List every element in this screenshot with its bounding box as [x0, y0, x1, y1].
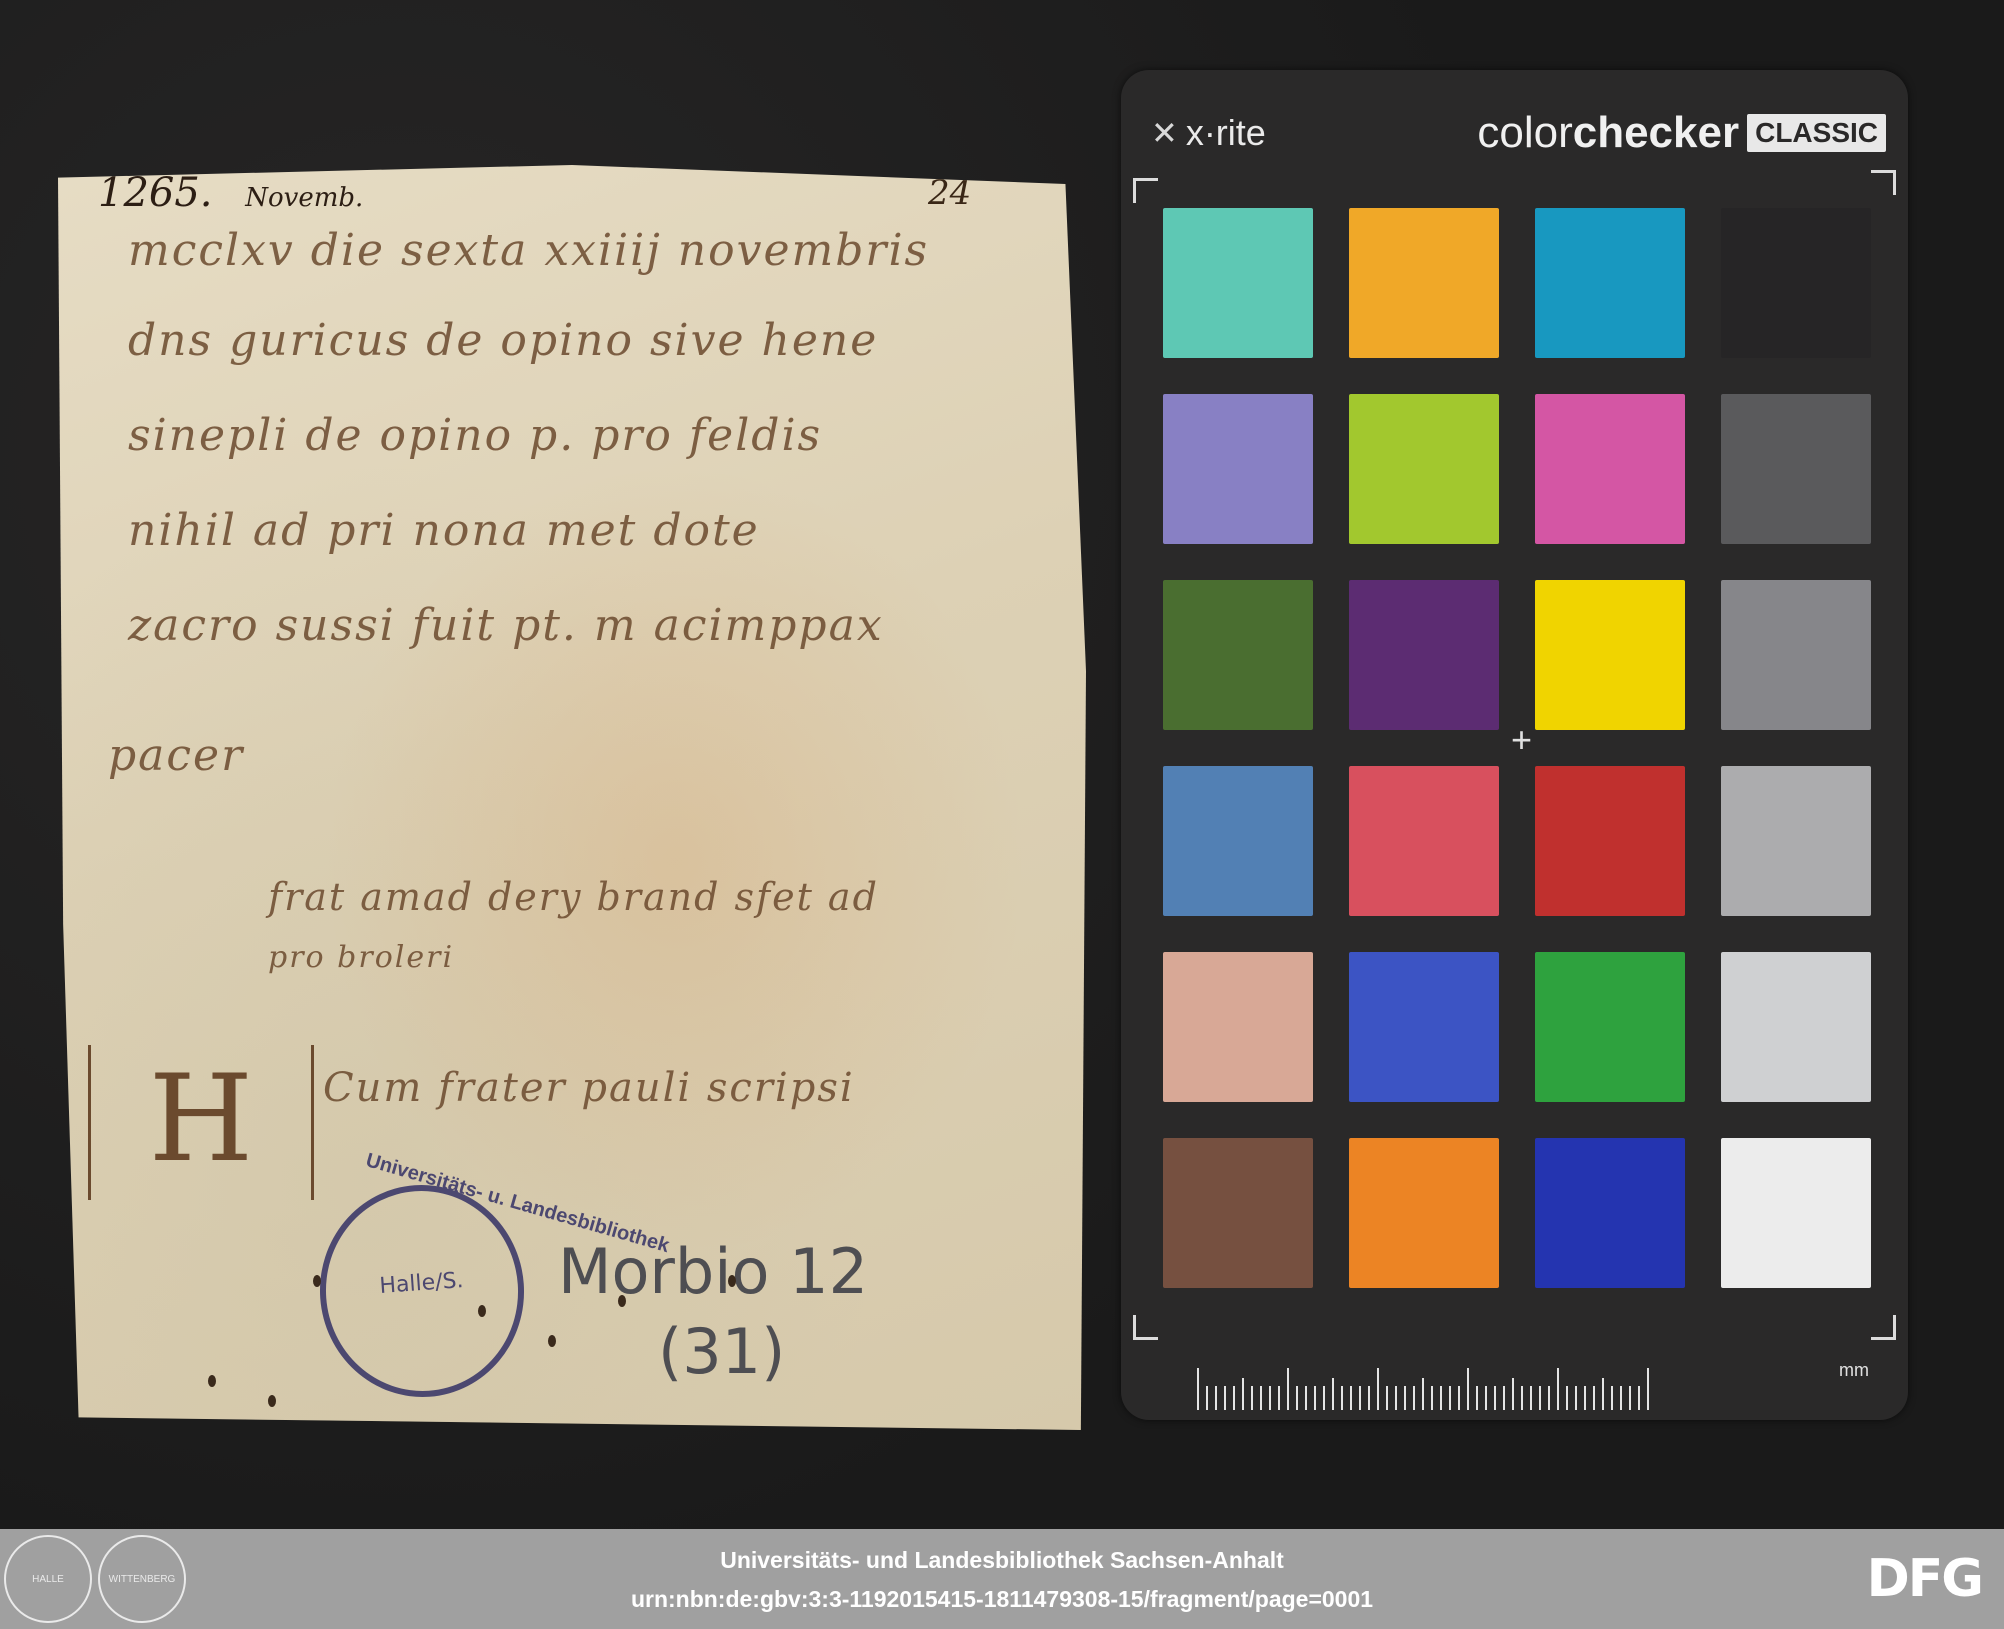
colorchecker-title: color checker CLASSIC — [1477, 108, 1886, 158]
ruler-tick — [1350, 1386, 1352, 1410]
ruler-tick — [1503, 1386, 1505, 1410]
color-patch-neutral-5 — [1721, 580, 1871, 730]
color-patch-white — [1721, 1138, 1871, 1288]
script-line: dns guricus de opino sive hene — [128, 315, 878, 366]
ruler-tick — [1575, 1386, 1577, 1410]
ruler-tick — [1584, 1386, 1586, 1410]
xrite-brand: x·rite — [1186, 112, 1266, 154]
color-patch-bluish-green — [1163, 208, 1313, 358]
ruler-tick — [1512, 1378, 1514, 1410]
ruler-tick — [1530, 1386, 1532, 1410]
xrite-logo: ✕ x·rite — [1151, 112, 1266, 154]
ruler-tick — [1485, 1386, 1487, 1410]
urn-link[interactable]: urn:nbn:de:gbv:3:3-1192015415-1811479308… — [0, 1586, 2004, 1613]
ruler-tick — [1233, 1386, 1235, 1410]
ruler-tick — [1341, 1386, 1343, 1410]
ruler-tick — [1476, 1386, 1478, 1410]
color-patch-moderate-red — [1349, 766, 1499, 916]
folio-number: 24 — [928, 173, 971, 213]
color-patch-black — [1721, 208, 1871, 358]
dfg-logo: DFG — [1867, 1549, 1982, 1609]
ruler-tick — [1629, 1386, 1631, 1410]
ruler-tick — [1215, 1386, 1217, 1410]
color-patch-red — [1535, 766, 1685, 916]
shelfmark-line-2: (31) — [658, 1315, 785, 1388]
seal-text: WITTENBERG — [109, 1574, 176, 1585]
month-label: Novemb. — [245, 183, 363, 213]
color-patch-orange-yellow — [1349, 208, 1499, 358]
ruler-tick — [1521, 1386, 1523, 1410]
corner-mark-icon — [1871, 1315, 1896, 1340]
color-patch-foliage — [1163, 580, 1313, 730]
date-annotation: 1265. Novemb. — [98, 170, 363, 216]
ruler-tick — [1296, 1386, 1298, 1410]
script-line: mcclxv die sexta xxiiij novembris — [128, 225, 929, 276]
color-patch-neutral-8 — [1721, 952, 1871, 1102]
ruler-tick — [1269, 1386, 1271, 1410]
ruler-tick — [1251, 1386, 1253, 1410]
script-line: pacer — [108, 730, 244, 781]
color-patch-orange — [1349, 1138, 1499, 1288]
pinhole — [618, 1295, 626, 1307]
ruler-tick — [1197, 1368, 1199, 1410]
ruler-tick — [1305, 1386, 1307, 1410]
ruler-tick — [1332, 1378, 1334, 1410]
stamp-center-text: Halle/S. — [325, 1264, 518, 1302]
decorated-initial: H — [88, 1045, 314, 1200]
color-patch-blue-flower — [1163, 394, 1313, 544]
color-patch-cyan — [1535, 208, 1685, 358]
footer-banner: HALLE WITTENBERG Universitäts- und Lande… — [0, 1529, 2004, 1629]
color-patch-neutral-3-5 — [1721, 394, 1871, 544]
ruler-tick — [1449, 1386, 1451, 1410]
script-line: Cum frater pauli scripsi — [323, 1065, 855, 1111]
color-patch-yellow-green — [1349, 394, 1499, 544]
ruler-tick — [1458, 1386, 1460, 1410]
crosshair-icon: + — [1511, 722, 1532, 758]
script-line: sinepli de opino p. pro feldis — [128, 410, 822, 461]
ruler-tick — [1386, 1386, 1388, 1410]
ruler-tick — [1314, 1386, 1316, 1410]
ruler-tick — [1557, 1368, 1559, 1410]
script-line: frat amad dery brand sfet ad — [268, 875, 879, 919]
pinhole — [208, 1375, 216, 1387]
ruler-tick — [1242, 1378, 1244, 1410]
year-label: 1265. — [98, 170, 213, 216]
ruler-tick — [1395, 1386, 1397, 1410]
pinhole — [548, 1335, 556, 1347]
corner-mark-icon — [1133, 178, 1158, 203]
ruler-tick — [1323, 1386, 1325, 1410]
title-light: color — [1477, 108, 1572, 158]
pinhole — [313, 1275, 321, 1287]
ruler-tick — [1440, 1386, 1442, 1410]
corner-mark-icon — [1871, 170, 1896, 195]
color-patch-yellow — [1535, 580, 1685, 730]
colorchecker-card: ✕ x·rite color checker CLASSIC + mm — [1121, 70, 1908, 1420]
ruler-tick — [1377, 1368, 1379, 1410]
ruler-tick — [1278, 1386, 1280, 1410]
library-stamp: Universitäts- u. Landesbibliothek Halle/… — [313, 1178, 531, 1404]
color-patch-light-skin — [1163, 952, 1313, 1102]
ruler-tick — [1566, 1386, 1568, 1410]
ruler-tick — [1404, 1386, 1406, 1410]
color-patch-blue — [1349, 952, 1499, 1102]
color-patch-magenta — [1535, 394, 1685, 544]
xrite-mark-icon: ✕ — [1151, 114, 1178, 152]
ruler-tick — [1620, 1386, 1622, 1410]
color-patch-blue-dark — [1535, 1138, 1685, 1288]
ruler-tick — [1638, 1386, 1640, 1410]
mm-ruler — [1197, 1368, 1802, 1410]
pinhole — [268, 1395, 276, 1407]
title-bold: checker — [1573, 108, 1739, 158]
parchment-fragment: 1265. Novemb. 24 mcclxv die sexta xxiiij… — [58, 165, 1086, 1430]
ruler-tick — [1467, 1368, 1469, 1410]
ruler-unit: mm — [1839, 1360, 1869, 1381]
ruler-tick — [1287, 1368, 1289, 1410]
color-patch-dark-skin — [1163, 1138, 1313, 1288]
corner-mark-icon — [1133, 1315, 1158, 1340]
shelfmark-line-1: Morbio 12 — [558, 1235, 868, 1308]
ruler-tick — [1548, 1386, 1550, 1410]
ruler-tick — [1611, 1386, 1613, 1410]
ruler-tick — [1206, 1386, 1208, 1410]
ruler-tick — [1413, 1386, 1415, 1410]
color-patch-blue-sky — [1163, 766, 1313, 916]
classic-badge: CLASSIC — [1747, 114, 1886, 152]
ruler-tick — [1593, 1386, 1595, 1410]
ruler-tick — [1431, 1386, 1433, 1410]
ruler-tick — [1539, 1386, 1541, 1410]
pinhole — [478, 1305, 486, 1317]
color-patch-purple — [1349, 580, 1499, 730]
ruler-tick — [1359, 1386, 1361, 1410]
image-viewer: 1265. Novemb. 24 mcclxv die sexta xxiiij… — [0, 0, 2004, 1529]
ruler-tick — [1224, 1386, 1226, 1410]
institution-name: Universitäts- und Landesbibliothek Sachs… — [0, 1547, 2004, 1574]
ruler-tick — [1602, 1378, 1604, 1410]
ruler-tick — [1422, 1378, 1424, 1410]
pinhole — [728, 1275, 736, 1287]
ruler-tick — [1494, 1386, 1496, 1410]
seal-text: HALLE — [32, 1574, 64, 1585]
script-line: zacro sussi fuit pt. m acimppax — [128, 600, 884, 651]
ruler-tick — [1368, 1386, 1370, 1410]
color-patch-green — [1535, 952, 1685, 1102]
ruler-tick — [1260, 1386, 1262, 1410]
ruler-tick — [1647, 1368, 1649, 1410]
color-patch-neutral-6-5 — [1721, 766, 1871, 916]
script-line: nihil ad pri nona met dote — [128, 505, 760, 556]
script-line: pro broleri — [268, 940, 454, 975]
